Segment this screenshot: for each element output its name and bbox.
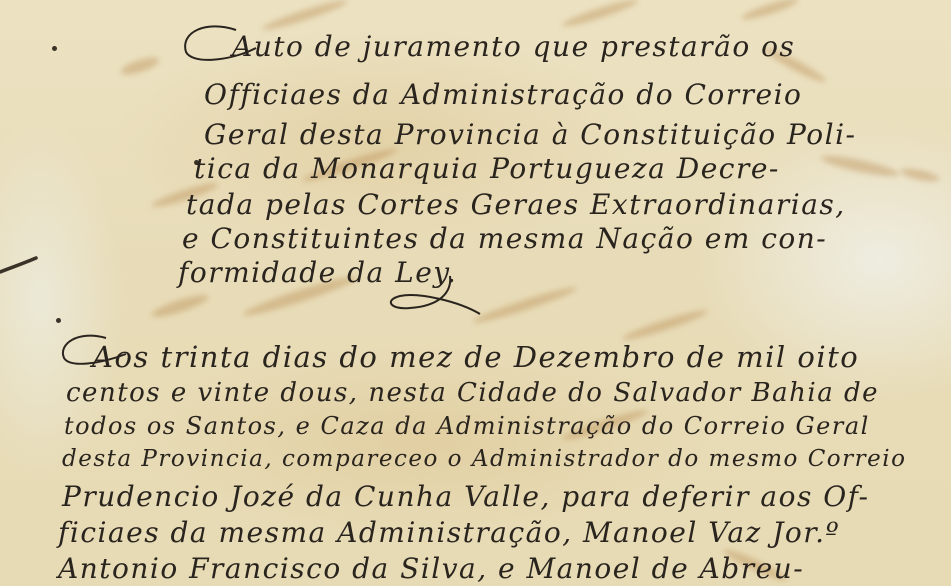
heading-end-flourish [380, 272, 500, 322]
stain [740, 0, 800, 23]
heading-line-2: Officiaes da Administração do Correio [204, 78, 802, 111]
stain [899, 166, 940, 184]
margin-dot [56, 318, 61, 323]
stain [621, 306, 710, 343]
heading-line-4: tica da Monarquia Portugueza Decre- [194, 152, 780, 185]
body-line-4: desta Provincia, compareceo o Administra… [62, 446, 906, 472]
body-line-7: Antonio Francisco da Silva, e Manoel de … [58, 552, 804, 585]
heading-line-5: tada pelas Cortes Geraes Extraordinarias… [186, 188, 846, 221]
stain [261, 0, 350, 34]
heading-line-6: e Constituintes da mesma Nação em con- [182, 222, 827, 255]
stain [560, 0, 639, 30]
stain [820, 152, 901, 180]
margin-dot [52, 46, 57, 51]
stain [119, 54, 161, 78]
body-line-5: Prudencio Jozé da Cunha Valle, para defe… [62, 480, 870, 513]
margin-stroke [0, 250, 40, 280]
manuscript-page: Auto de juramento que prestarão os Offic… [0, 0, 951, 586]
heading-line-3: Geral desta Provincia à Constituição Pol… [204, 118, 857, 151]
stain [150, 291, 211, 321]
body-line-3: todos os Santos, e Caza da Administração… [64, 412, 870, 440]
body-line-1: Aos trinta dias do mez de Dezembro de mi… [92, 340, 859, 374]
body-line-6: ficiaes da mesma Administração, Manoel V… [58, 516, 840, 549]
heading-line-1: Auto de juramento que prestarão os [232, 30, 795, 63]
body-line-2: centos e vinte dous, nesta Cidade do Sal… [66, 378, 879, 408]
